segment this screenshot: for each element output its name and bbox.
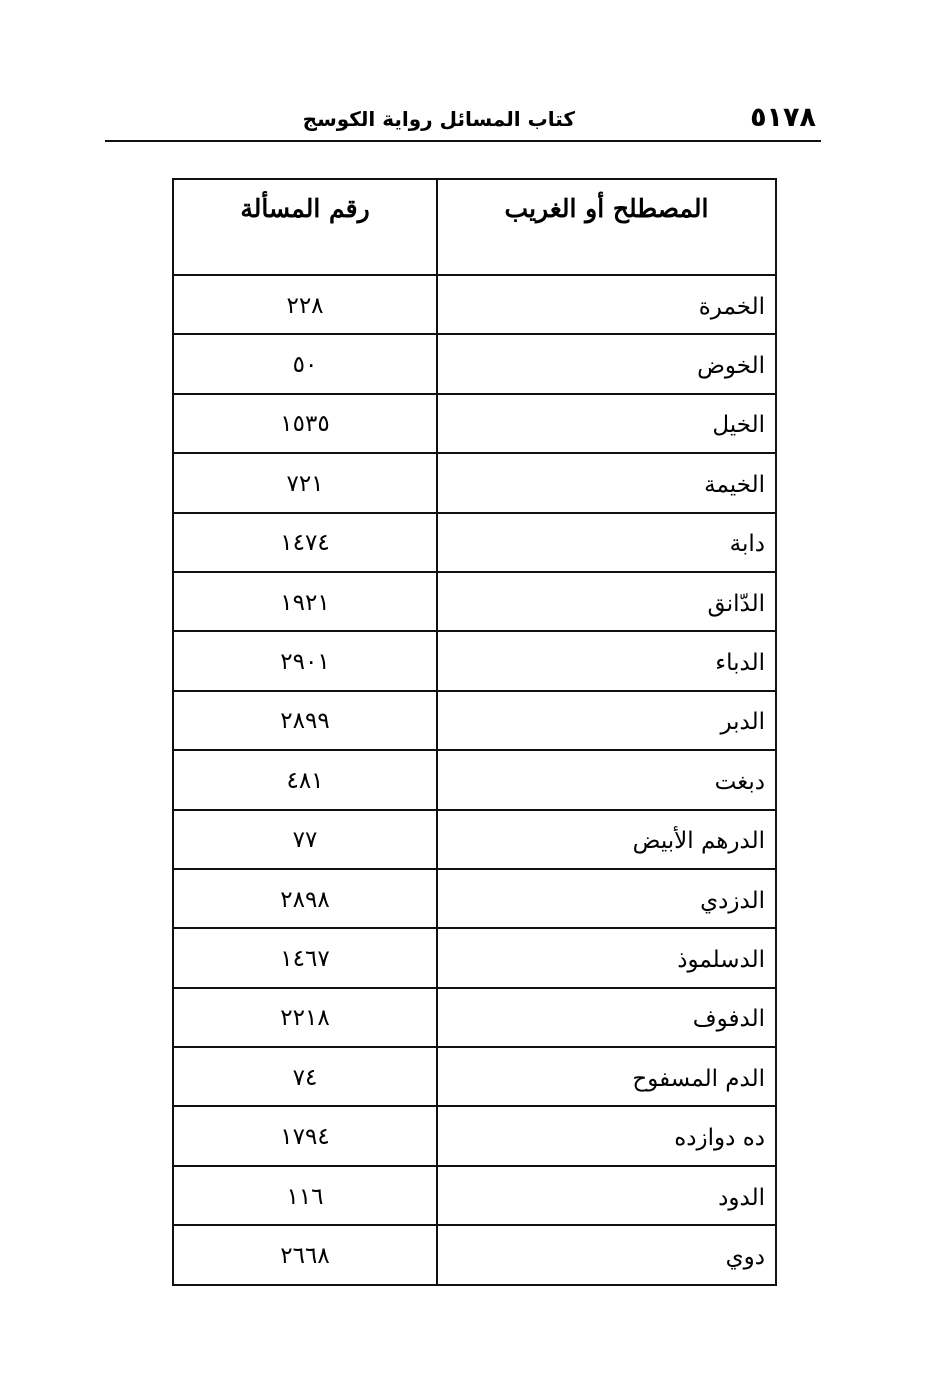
table-row: دوي ٢٦٦٨ <box>173 1225 776 1284</box>
term-cell: ده دوازده <box>437 1106 776 1165</box>
term-cell: الخيمة <box>437 453 776 512</box>
issue-number-cell: ٢٦٦٨ <box>173 1225 437 1284</box>
issue-number-cell: ٢٨٩٩ <box>173 691 437 750</box>
issue-number-cell: ٤٨١ <box>173 750 437 809</box>
running-header: ٥١٧٨ كتاب المسائل رواية الكوسج <box>105 98 820 138</box>
issue-number-cell: ١٥٣٥ <box>173 394 437 453</box>
table-row: الدم المسفوح ٧٤ <box>173 1047 776 1106</box>
table-row: الدباء ٢٩٠١ <box>173 631 776 690</box>
issue-number-cell: ٧٤ <box>173 1047 437 1106</box>
issue-number-cell: ١١٦ <box>173 1166 437 1225</box>
term-cell: دابة <box>437 513 776 572</box>
table-row: الدبر ٢٨٩٩ <box>173 691 776 750</box>
table-row: الدفوف ٢٢١٨ <box>173 988 776 1047</box>
term-cell: الدفوف <box>437 988 776 1047</box>
term-cell: الخوض <box>437 334 776 393</box>
term-cell: الدزدي <box>437 869 776 928</box>
issue-number-cell: ٢٢٨ <box>173 275 437 334</box>
issue-number-cell: ٢٩٠١ <box>173 631 437 690</box>
term-cell: الدم المسفوح <box>437 1047 776 1106</box>
table-row: الدرهم الأبيض ٧٧ <box>173 810 776 869</box>
table-row: الدود ١١٦ <box>173 1166 776 1225</box>
issue-number-cell: ١٤٧٤ <box>173 513 437 572</box>
table-row: الخيل ١٥٣٥ <box>173 394 776 453</box>
term-cell: الخمرة <box>437 275 776 334</box>
term-cell: الدرهم الأبيض <box>437 810 776 869</box>
table-row: دبغت ٤٨١ <box>173 750 776 809</box>
issue-number-cell: ١٤٦٧ <box>173 928 437 987</box>
header-divider <box>105 140 821 142</box>
term-cell: الخيل <box>437 394 776 453</box>
issue-number-cell: ١٧٩٤ <box>173 1106 437 1165</box>
glossary-index-table: المصطلح أو الغريب رقم المسألة الخمرة ٢٢٨… <box>172 178 777 1286</box>
term-cell: الدبر <box>437 691 776 750</box>
table-row: الدسلموذ ١٤٦٧ <box>173 928 776 987</box>
term-cell: الدود <box>437 1166 776 1225</box>
issue-number-cell: ٧٧ <box>173 810 437 869</box>
term-cell: الدباء <box>437 631 776 690</box>
issue-number-cell: ٢٢١٨ <box>173 988 437 1047</box>
issue-number-cell: ٧٢١ <box>173 453 437 512</box>
issue-number-cell: ١٩٢١ <box>173 572 437 631</box>
table-row: الدزدي ٢٨٩٨ <box>173 869 776 928</box>
column-header-issue-number: رقم المسألة <box>173 179 437 275</box>
table-row: دابة ١٤٧٤ <box>173 513 776 572</box>
table-row: الخمرة ٢٢٨ <box>173 275 776 334</box>
book-title: كتاب المسائل رواية الكوسج <box>303 104 575 134</box>
table-row: الخيمة ٧٢١ <box>173 453 776 512</box>
issue-number-cell: ٢٨٩٨ <box>173 869 437 928</box>
term-cell: دبغت <box>437 750 776 809</box>
term-cell: الدّانق <box>437 572 776 631</box>
table-row: ده دوازده ١٧٩٤ <box>173 1106 776 1165</box>
table-header-row: المصطلح أو الغريب رقم المسألة <box>173 179 776 275</box>
table-row: الخوض ٥٠ <box>173 334 776 393</box>
page-number: ٥١٧٨ <box>750 102 816 134</box>
term-cell: الدسلموذ <box>437 928 776 987</box>
term-cell: دوي <box>437 1225 776 1284</box>
issue-number-cell: ٥٠ <box>173 334 437 393</box>
table-row: الدّانق ١٩٢١ <box>173 572 776 631</box>
column-header-term: المصطلح أو الغريب <box>437 179 776 275</box>
